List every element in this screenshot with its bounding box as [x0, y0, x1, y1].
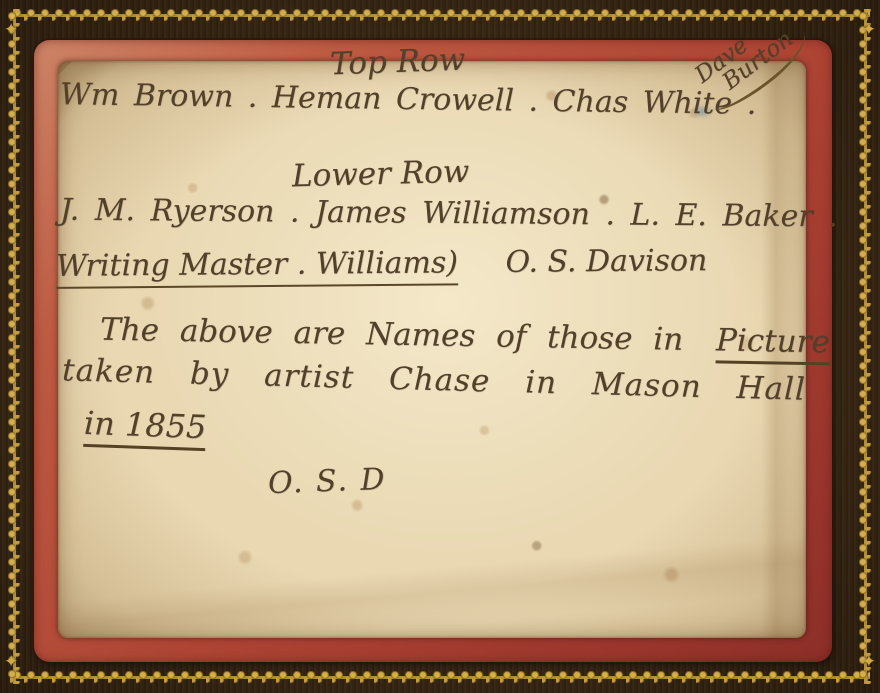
gold-corner-ornament-icon: ✦	[862, 22, 876, 39]
top-row-heading: Top Row	[329, 42, 465, 83]
gold-corner-ornament-icon: ✦	[4, 22, 18, 39]
caption-line-1-underlined-word: Picture	[716, 322, 830, 365]
gold-scroll-border-bottom	[10, 671, 870, 684]
writing-master-line: Writing Master . Williams) O. S. Davison	[56, 243, 708, 284]
additional-name: O. S. Davison	[505, 243, 707, 280]
gold-corner-ornament-icon: ✦	[4, 654, 18, 671]
gold-scroll-border-right	[859, 9, 872, 684]
gold-scroll-border-left	[8, 9, 21, 684]
caption-line-3: in 1855	[83, 404, 207, 446]
gold-scroll-border-top	[10, 9, 870, 22]
initials-signature: O. S. D	[267, 462, 387, 501]
caption-date-underlined: in 1855	[83, 404, 207, 451]
daguerreotype-case-back: ✦ ✦ ✦ ✦ Top Row Wm Brown . Heman Crowell…	[0, 0, 880, 693]
lower-row-heading: Lower Row	[292, 154, 470, 195]
lower-row-names: J. M. Ryerson . James Williamson . L. E.…	[60, 193, 838, 235]
writing-master-note: Writing Master . Williams)	[56, 245, 458, 289]
gold-corner-ornament-icon: ✦	[862, 654, 876, 671]
